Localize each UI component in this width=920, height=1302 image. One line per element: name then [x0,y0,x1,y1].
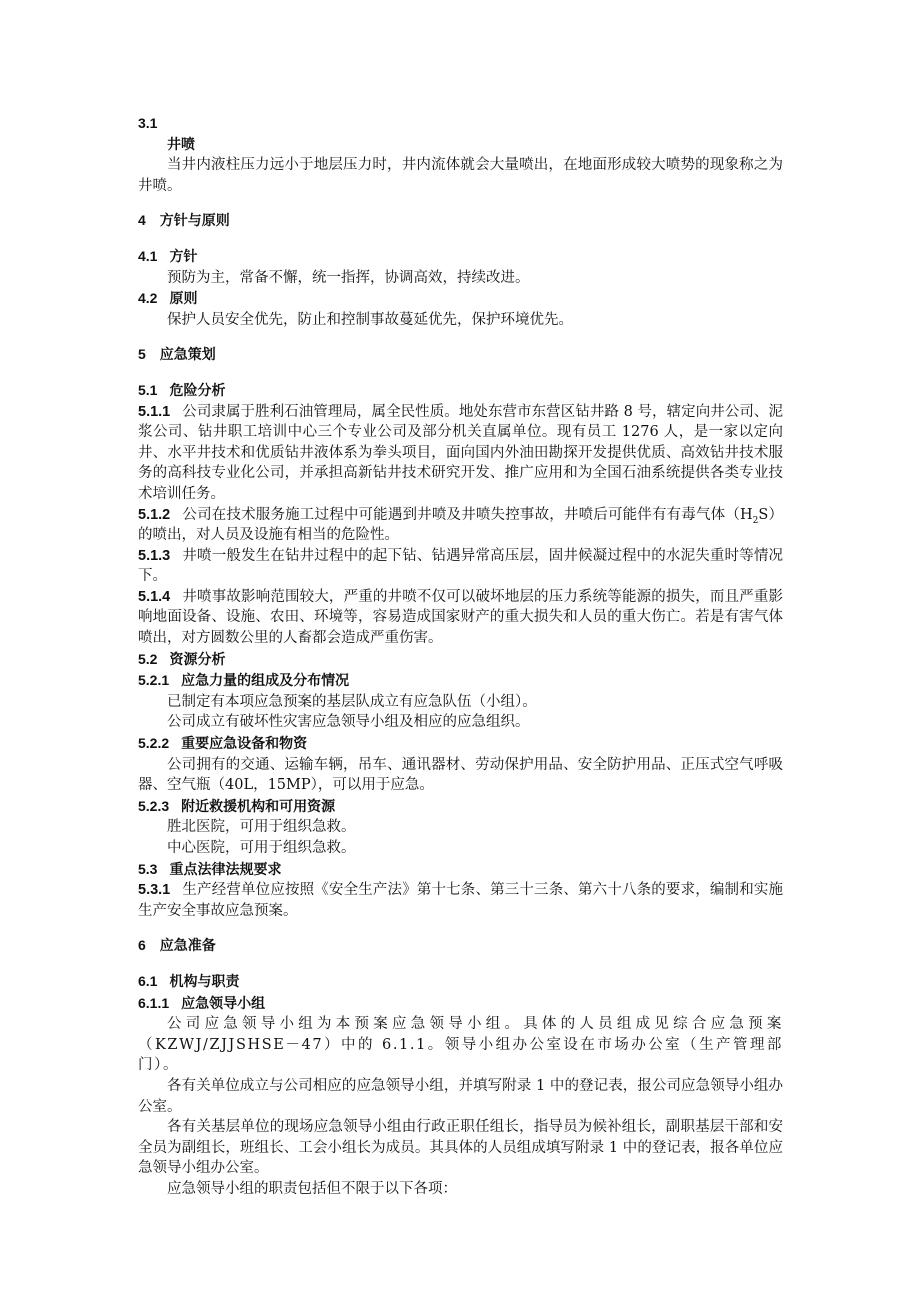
section-3-1-title: 井喷 [138,135,783,156]
section-5-heading: 5应急策划 [138,344,783,366]
section-5-2-3-line-2: 中心医院，可用于组织急救。 [138,838,783,859]
section-5-2-3-line-1: 胜北医院，可用于组织急救。 [138,817,783,838]
section-4-heading: 4方针与原则 [138,210,783,232]
section-6-1-1-paragraph-4: 应急领导小组的职责包括但不限于以下各项： [138,1179,783,1200]
section-5-2-1-line-2: 公司成立有破坏性灾害应急领导小组及相应的应急组织。 [138,712,783,733]
section-5-2-1-line-1: 已制定有本项应急预案的基层队成立有应急队伍（小组）。 [138,692,783,713]
section-5-1-4-paragraph: 5.1.4井喷事故影响范围较大，严重的井喷不仅可以破坏地层的压力系统等能源的损失… [138,587,783,649]
section-6-1-1-paragraph-2: 各有关单位成立与公司相应的应急领导小组，并填写附录 1 中的登记表，报公司应急领… [138,1076,783,1117]
section-6-1-1-heading: 6.1.1应急领导小组 [138,993,783,1015]
section-4-1-heading: 4.1方针 [138,246,783,268]
section-5-2-2-heading: 5.2.2重要应急设备和物资 [138,733,783,755]
section-4-2-heading: 4.2原则 [138,288,783,310]
section-4-2-body: 保护人员安全优先，防止和控制事故蔓延优先，保护环境优先。 [138,310,783,331]
section-5-3-heading: 5.3重点法律法规要求 [138,859,783,881]
section-6-1-1-paragraph-1: 公司应急领导小组为本预案应急领导小组。具体的人员组成见综合应急预案（KZWJ/Z… [138,1014,783,1076]
section-5-3-1-paragraph: 5.3.1生产经营单位应按照《安全生产法》第十七条、第三十三条、第六十八条的要求… [138,880,783,921]
section-5-1-3-paragraph: 5.1.3井喷一般发生在钻井过程中的起下钻、钻遇异常高压层，固井候凝过程中的水泥… [138,546,783,587]
section-5-2-1-heading: 5.2.1应急力量的组成及分布情况 [138,670,783,692]
section-5-1-2-paragraph: 5.1.2公司在技术服务施工过程中可能遇到井喷及井喷失控事故，井喷后可能伴有有毒… [138,505,783,546]
section-5-1-heading: 5.1危险分析 [138,380,783,402]
section-5-2-heading: 5.2资源分析 [138,649,783,671]
section-6-1-1-paragraph-3: 各有关基层单位的现场应急领导小组由行政正职任组长，指导员为候补组长，副职基层干部… [138,1117,783,1179]
section-6-1-heading: 6.1机构与职责 [138,971,783,993]
document-page: 3.1 井喷 当井内液柱压力远小于地层压力时，井内流体就会大量喷出，在地面形成较… [138,113,783,1200]
section-6-heading: 6应急准备 [138,935,783,957]
section-3-1-body: 当井内液柱压力远小于地层压力时，井内流体就会大量喷出，在地面形成较大喷势的现象称… [138,155,783,196]
section-5-2-3-heading: 5.2.3附近救援机构和可用资源 [138,796,783,818]
section-5-1-1-paragraph: 5.1.1公司隶属于胜利石油管理局，属全民性质。地处东营市东营区钻井路 8 号，… [138,402,783,505]
section-4-1-body: 预防为主，常备不懈，统一指挥，协调高效，持续改进。 [138,268,783,289]
section-5-2-2-body: 公司拥有的交通、运输车辆，吊车、通讯器材、劳动保护用品、安全防护用品、正压式空气… [138,755,783,796]
section-3-1-number: 3.1 [138,113,783,135]
